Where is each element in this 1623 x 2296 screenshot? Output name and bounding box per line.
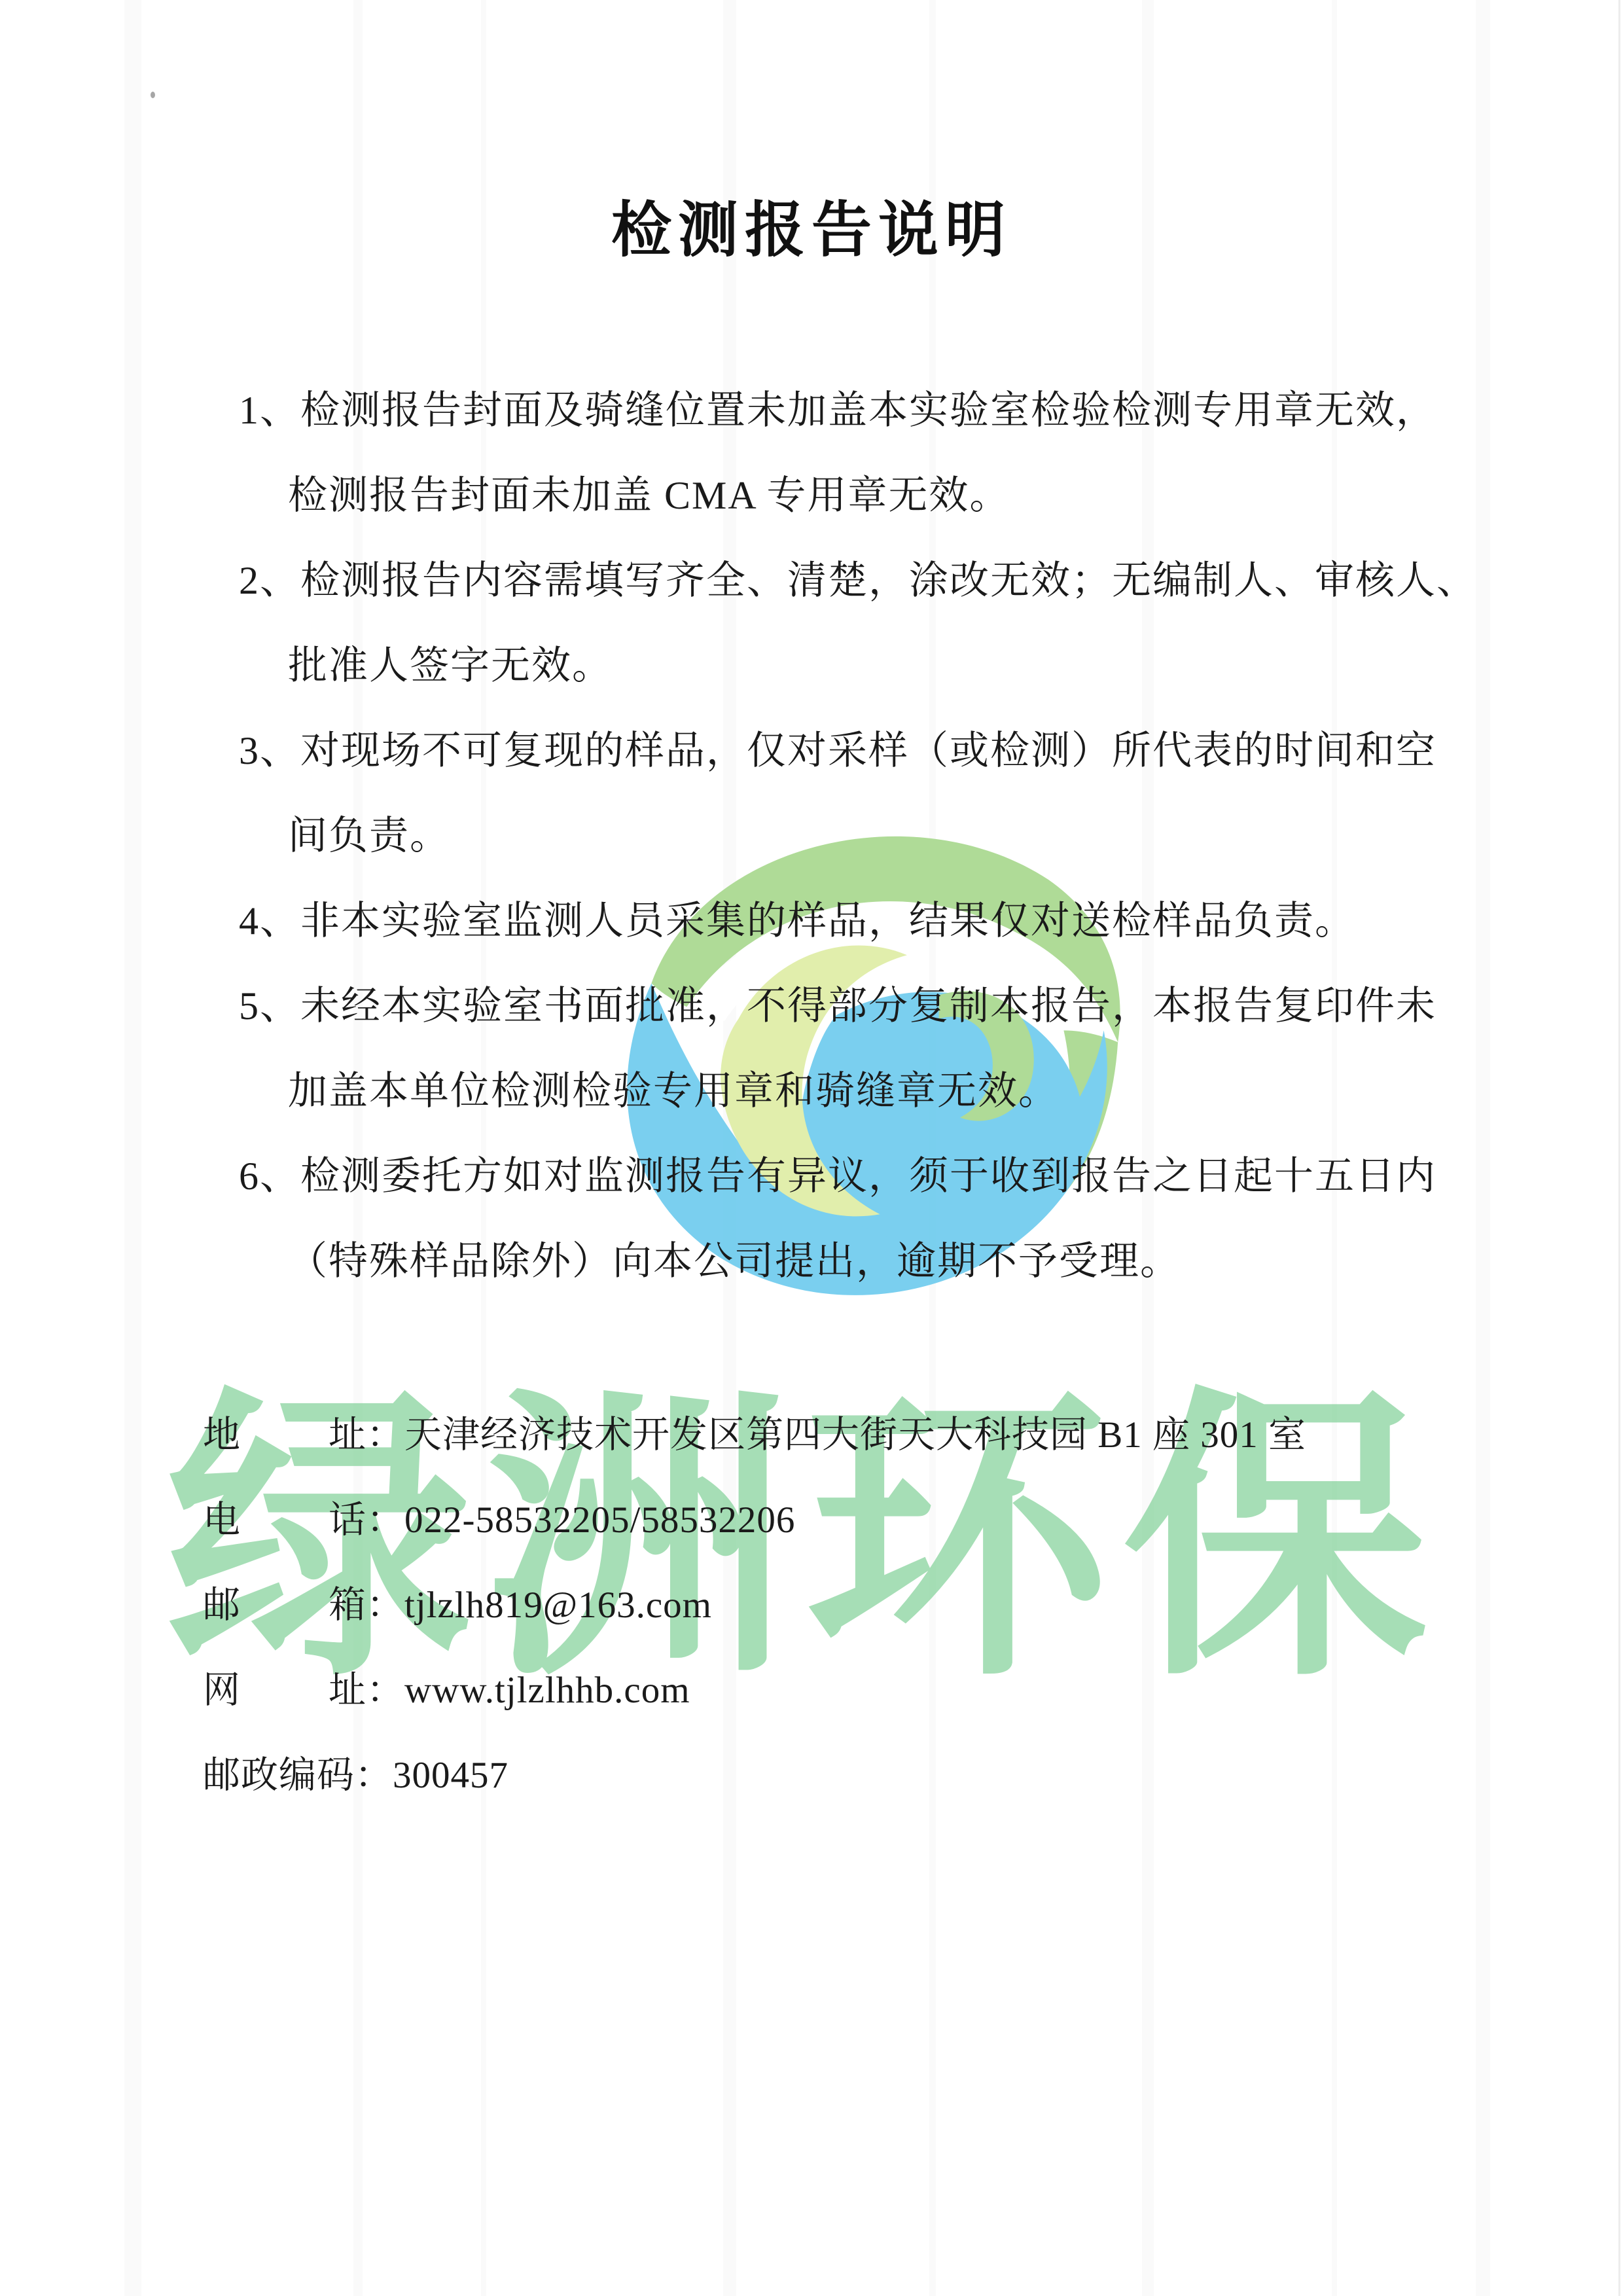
- contact-website-value: www.tjlzlhhb.com: [404, 1670, 690, 1711]
- contact-email-value: tjlzlh819@163.com: [404, 1585, 712, 1626]
- contact-email-label-1: 邮: [203, 1563, 329, 1648]
- contact-phone-label-1: 电: [203, 1478, 329, 1563]
- contact-address-label-2: 址：: [329, 1414, 404, 1456]
- contact-postcode-row: 邮政编码：300457: [203, 1733, 1446, 1818]
- contact-email-label-2: 箱：: [329, 1585, 404, 1626]
- note-1-line-1: 1、检测报告封面及骑缝位置未加盖本实验室检验检测专用章无效，: [239, 368, 1410, 453]
- note-3-line-2: 间负责。: [239, 793, 1410, 878]
- note-2-line-1: 2、检测报告内容需填写齐全、清楚，涂改无效；无编制人、审核人、: [239, 538, 1410, 623]
- contact-info: 地址：天津经济技术开发区第四大街天大科技园 B1 座 301 室 电话：022-…: [203, 1393, 1446, 1818]
- note-6-line-2: （特殊样品除外）向本公司提出，逾期不予受理。: [239, 1219, 1410, 1304]
- page-title: 检测报告说明: [0, 182, 1623, 268]
- report-notes-page: 绿洲环保 检测报告说明 1、检测报告封面及骑缝位置未加盖本实验室检验检测专用章无…: [0, 0, 1623, 2296]
- contact-address-label-1: 地: [203, 1393, 329, 1478]
- contact-website-row: 网址：www.tjlzlhhb.com: [203, 1648, 1446, 1733]
- contact-address-value: 天津经济技术开发区第四大街天大科技园 B1 座 301 室: [404, 1414, 1306, 1456]
- note-4-line-1: 4、非本实验室监测人员采集的样品，结果仅对送检样品负责。: [239, 878, 1410, 963]
- contact-address-row: 地址：天津经济技术开发区第四大街天大科技园 B1 座 301 室: [203, 1393, 1446, 1478]
- note-1-line-2: 检测报告封面未加盖 CMA 专用章无效。: [239, 453, 1410, 538]
- contact-email-row: 邮箱：tjlzlh819@163.com: [203, 1563, 1446, 1648]
- note-5-line-1: 5、未经本实验室书面批准，不得部分复制本报告，本报告复印件未: [239, 963, 1410, 1049]
- note-2-line-2: 批准人签字无效。: [239, 623, 1410, 708]
- note-6-line-1: 6、检测委托方如对监测报告有异议，须于收到报告之日起十五日内: [239, 1134, 1410, 1219]
- contact-phone-row: 电话：022-58532205/58532206: [203, 1478, 1446, 1563]
- report-notes-list: 1、检测报告封面及骑缝位置未加盖本实验室检验检测专用章无效， 检测报告封面未加盖…: [239, 368, 1410, 1304]
- contact-postcode-label: 邮政编码：: [203, 1733, 393, 1818]
- page-edge-shadow: [1618, 0, 1620, 2296]
- contact-postcode-value: 300457: [393, 1755, 508, 1796]
- contact-website-label-2: 址：: [329, 1670, 404, 1711]
- contact-website-label-1: 网: [203, 1648, 329, 1733]
- note-5-line-2: 加盖本单位检测检验专用章和骑缝章无效。: [239, 1049, 1410, 1134]
- note-3-line-1: 3、对现场不可复现的样品，仅对采样（或检测）所代表的时间和空: [239, 708, 1410, 793]
- scan-speck: [151, 92, 155, 98]
- contact-phone-value: 022-58532205/58532206: [404, 1499, 795, 1541]
- contact-phone-label-2: 话：: [329, 1499, 404, 1541]
